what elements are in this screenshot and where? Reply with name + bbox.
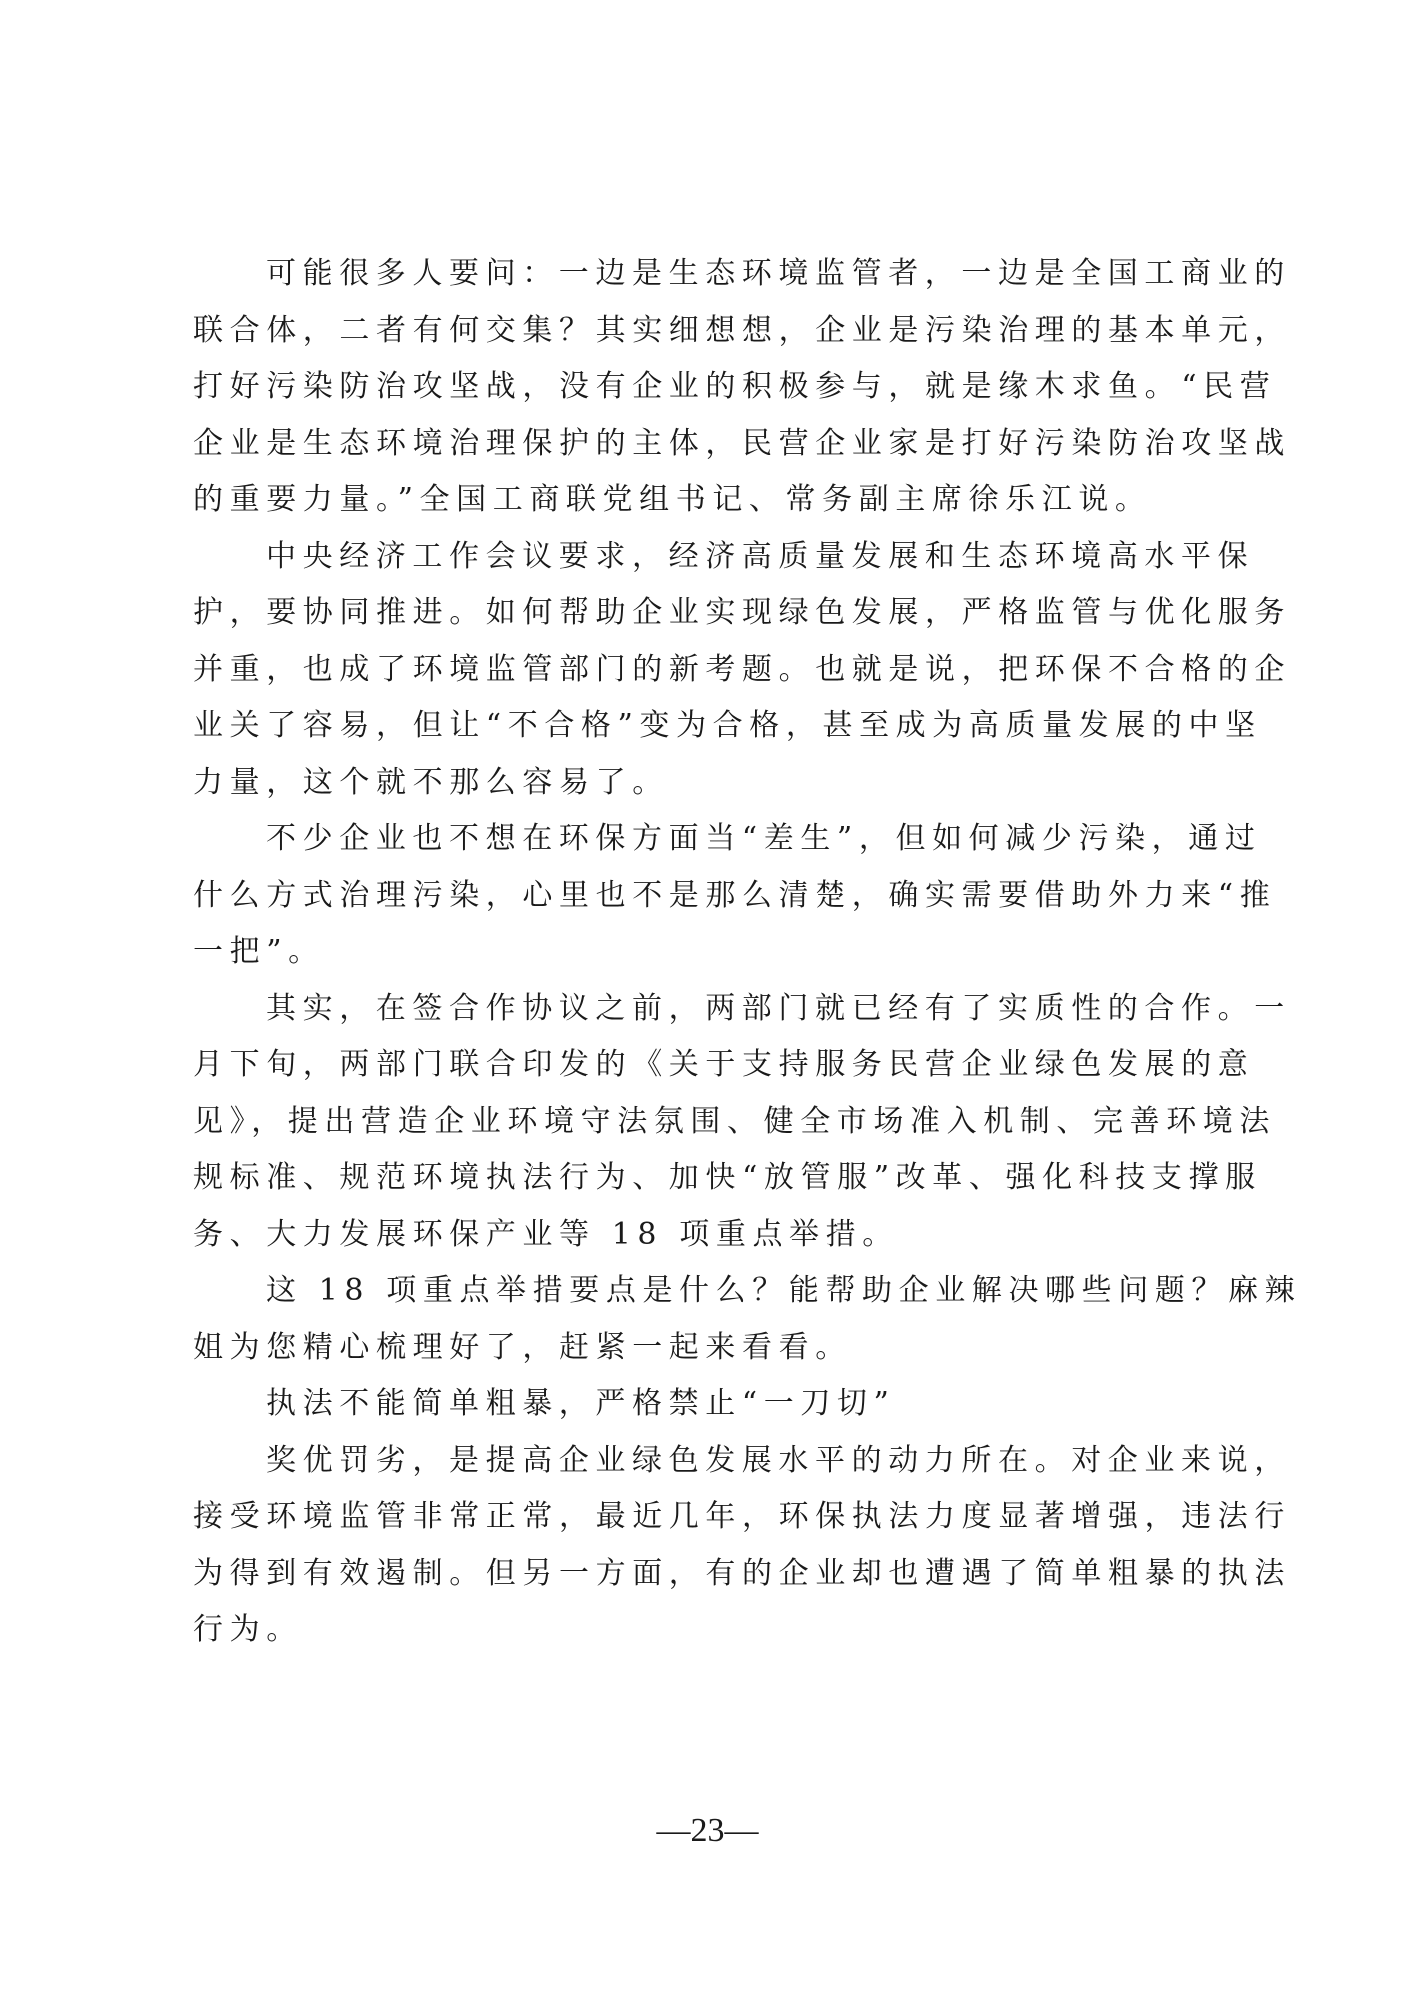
document-page: 可能很多人要问：一边是生态环境监管者，一边是全国工商业的 联合体，二者有何交集？… — [0, 0, 1415, 2000]
paragraph: 中央经济工作会议要求，经济高质量发展和生态环境高水平保 护，要协同推进。如何帮助… — [193, 529, 1253, 812]
text-line: 务、大力发展环保产业等 18 项重点举措。 — [193, 1207, 1253, 1264]
text-line: 见》，提出营造企业环境守法氛围、健全市场准入机制、完善环境法 — [193, 1094, 1253, 1151]
text-line: 力量，这个就不那么容易了。 — [193, 755, 1253, 812]
text-line: 奖优罚劣，是提高企业绿色发展水平的动力所在。对企业来说， — [193, 1433, 1253, 1490]
text-line: 护，要协同推进。如何帮助企业实现绿色发展，严格监管与优化服务 — [193, 585, 1253, 642]
text-line: 什么方式治理污染，心里也不是那么清楚，确实需要借助外力来“推 — [193, 868, 1253, 925]
text-line: 业关了容易，但让“不合格”变为合格，甚至成为高质量发展的中坚 — [193, 698, 1253, 755]
body-text: 可能很多人要问：一边是生态环境监管者，一边是全国工商业的 联合体，二者有何交集？… — [193, 246, 1253, 1659]
text-line: 姐为您精心梳理好了，赶紧一起来看看。 — [193, 1320, 1253, 1377]
text-line: 这 18 项重点举措要点是什么？能帮助企业解决哪些问题？麻辣 — [193, 1263, 1253, 1320]
text-line: 一把”。 — [193, 924, 1253, 981]
text-line: 打好污染防治攻坚战，没有企业的积极参与，就是缘木求鱼。“民营 — [193, 359, 1253, 416]
heading-line: 执法不能简单粗暴，严格禁止“一刀切” — [193, 1376, 1253, 1433]
paragraph: 其实，在签合作协议之前，两部门就已经有了实质性的合作。一 月下旬，两部门联合印发… — [193, 981, 1253, 1264]
page-number: —23— — [0, 1812, 1415, 1850]
text-line: 月下旬，两部门联合印发的《关于支持服务民营企业绿色发展的意 — [193, 1037, 1253, 1094]
paragraph: 这 18 项重点举措要点是什么？能帮助企业解决哪些问题？麻辣 姐为您精心梳理好了… — [193, 1263, 1253, 1376]
text-line: 规标准、规范环境执法行为、加快“放管服”改革、强化科技支撑服 — [193, 1150, 1253, 1207]
paragraph: 可能很多人要问：一边是生态环境监管者，一边是全国工商业的 联合体，二者有何交集？… — [193, 246, 1253, 529]
text-line: 中央经济工作会议要求，经济高质量发展和生态环境高水平保 — [193, 529, 1253, 586]
text-line: 其实，在签合作协议之前，两部门就已经有了实质性的合作。一 — [193, 981, 1253, 1038]
text-line: 企业是生态环境治理保护的主体，民营企业家是打好污染防治攻坚战 — [193, 416, 1253, 473]
text-line: 为得到有效遏制。但另一方面，有的企业却也遭遇了简单粗暴的执法 — [193, 1546, 1253, 1603]
text-line: 并重，也成了环境监管部门的新考题。也就是说，把环保不合格的企 — [193, 642, 1253, 699]
text-line: 可能很多人要问：一边是生态环境监管者，一边是全国工商业的 — [193, 246, 1253, 303]
text-line: 的重要力量。”全国工商联党组书记、常务副主席徐乐江说。 — [193, 472, 1253, 529]
text-line: 不少企业也不想在环保方面当“差生”，但如何减少污染，通过 — [193, 811, 1253, 868]
text-line: 接受环境监管非常正常，最近几年，环保执法力度显著增强，违法行 — [193, 1489, 1253, 1546]
text-line: 行为。 — [193, 1602, 1253, 1659]
paragraph: 奖优罚劣，是提高企业绿色发展水平的动力所在。对企业来说， 接受环境监管非常正常，… — [193, 1433, 1253, 1659]
text-line: 联合体，二者有何交集？其实细想想，企业是污染治理的基本单元， — [193, 303, 1253, 360]
section-heading: 执法不能简单粗暴，严格禁止“一刀切” — [193, 1376, 1253, 1433]
paragraph: 不少企业也不想在环保方面当“差生”，但如何减少污染，通过 什么方式治理污染，心里… — [193, 811, 1253, 981]
